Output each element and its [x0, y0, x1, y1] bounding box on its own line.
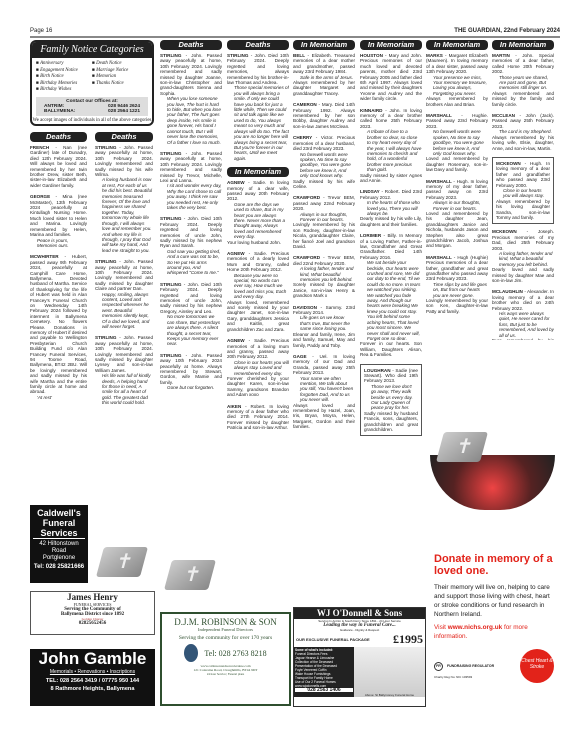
- notice-text: - John. Passed away peacefully at home, …: [160, 151, 222, 183]
- notice-signoff: Your loving husband John.: [227, 240, 289, 245]
- notice-signoff: Sadly missed by husband Francis, sons, d…: [364, 411, 418, 433]
- notice-verse: Close in our hearts you will always stay…: [227, 360, 289, 376]
- funeral-home-photo: Above: St Ballymoney Funeral Home: [354, 647, 425, 697]
- john-gamble-ad: John Gamble Memorials • Renovations • In…: [30, 649, 155, 706]
- notice-text: - Mary and John. Precious memories of ou…: [360, 53, 422, 101]
- notice-verse: Because you were so special, No words ca…: [227, 273, 289, 300]
- notice-signoff: Ever remembered by his brother Stewart. …: [492, 338, 554, 340]
- ballymena-label: BALLYMENA:: [44, 109, 75, 114]
- notice: AGNEW - Sadie. In loving memory of a dea…: [227, 180, 289, 245]
- notice: STIRLING - John. Passed away 10th Februa…: [160, 353, 222, 391]
- notice: MARSHALL - Hugh (Hughie) Precious memori…: [426, 255, 488, 314]
- notice-verse: Time slips by and life goes on, But from…: [426, 282, 488, 298]
- notice: GEORGE - Mina (nee McMaster), 13th Febru…: [30, 194, 87, 248]
- ad-title: Caldwell's: [30, 508, 88, 518]
- ad-title: John Gamble: [30, 649, 155, 669]
- notice: AGNEW - Sadie. Precious memories of a de…: [227, 251, 289, 332]
- ad-price: £1995: [393, 632, 423, 647]
- notice-name: AGNEW: [227, 180, 245, 185]
- notice: MCKEOWN - Joseph. Precious memories of m…: [492, 229, 554, 283]
- notice: GAGE - Uel. In loving memory of our Dad …: [293, 354, 355, 430]
- notice-verse: Gone but not forgotten.: [160, 385, 222, 390]
- notice: CRAWFORD - Trevor BEM, passed away 22nd …: [293, 195, 355, 249]
- notice-name: HOUSTON: [360, 53, 383, 58]
- paper-dateline: THE GUARDIAN, 22nd February 2024: [454, 28, 560, 34]
- notice-signoff: Sorely missed by daughter Janice, son-in…: [293, 282, 355, 298]
- notice-signoff: Always remembered and missed by the fami…: [492, 91, 554, 107]
- notice-text: - John. Passed away peacefully at home, …: [95, 259, 153, 291]
- notice: MCLAUGHLIN - Alexander. In loving memory…: [492, 289, 554, 340]
- notice: LORIMER - Billy. In Memory of a Loving F…: [360, 233, 422, 357]
- notice-name: GAGE: [293, 354, 307, 359]
- notice-name: MCCLEAN: [492, 113, 515, 118]
- notice-name: MCWHIRTER: [30, 254, 59, 259]
- ad-address: Portglenone: [30, 555, 88, 562]
- notice-verse: Your name we often mention, We talk abou…: [293, 376, 355, 403]
- notice-signoff: Eleanor and family, Irene, Jim and famil…: [293, 332, 355, 348]
- notice-name: STIRLING: [95, 259, 116, 264]
- category-item: Thanks Notice: [92, 81, 148, 88]
- notice-signoff: Forever cherished by your daughter Karen…: [227, 376, 289, 398]
- ad-text: Serving the community for over 170 years: [162, 635, 289, 641]
- notice-name: MARSHALL: [426, 179, 452, 184]
- notice: STIRLING - John. Died 10th February 2024…: [160, 216, 222, 275]
- notice-signoff: Loved and remembered by daughter Rosemar…: [426, 156, 488, 172]
- notice-signoff: Dearly missed by his wife Lily, daughter…: [360, 216, 422, 227]
- notice-verse: We sat beside your bedside, Our hearts w…: [360, 260, 422, 341]
- notice-verse: God saw you getting tired, And a cure wa…: [160, 249, 222, 276]
- notice-name: MCKEOWN: [492, 229, 517, 234]
- notice: LOUGHRAN - Sadie (nee Stewart). Who died…: [360, 364, 422, 437]
- notice-name: STIRLING: [227, 53, 248, 58]
- ad-services: Memorials • Renovations • Inscriptions: [30, 669, 155, 675]
- notice-name: MARKS: [426, 53, 443, 58]
- notice: DAVIDSON - Sammy. 23rd February 2014.Lif…: [293, 305, 355, 348]
- notice-text: - John. Died 10th February 2024. Deeply …: [160, 282, 222, 314]
- notice-text: - John. Died 10th February 2024. Deeply …: [227, 53, 289, 85]
- notice-verse: A loving husband is now at rest, For eac…: [95, 177, 153, 253]
- notice: MARTIN - John. Special memories of a dea…: [492, 53, 554, 107]
- notice-signoff: Forever in our hearts. Son William, Daug…: [360, 341, 422, 357]
- ad-package: OUR EXCLUSIVE FUNERAL PACKAGE: [296, 637, 370, 642]
- notice-verse: Your presence we miss, Your memory we tr…: [426, 75, 488, 97]
- notice-verse: Those special memories of you will alway…: [227, 85, 289, 161]
- notice: MCCLEAN - John (Jack). Passed away 25th …: [492, 113, 554, 151]
- notice: STIRLING - John. Passed away peacefully …: [95, 259, 153, 329]
- ad-subtitle: Independent Funeral Directors: [162, 627, 289, 632]
- bible-icon: [436, 432, 488, 462]
- notice-name: KINNAIRD: [360, 108, 382, 113]
- notice-name: STIRLING: [160, 151, 181, 156]
- notice-name: MARSHALL: [426, 113, 452, 118]
- ad-headline: Donate in memory of a loved one.: [434, 553, 554, 577]
- notice-signoff: Always loved, remembered and sorely miss…: [227, 300, 289, 332]
- memoriam-heading: In Memoriam: [227, 167, 289, 177]
- nichs-ad: Donate in memory of a loved one. Their m…: [434, 553, 554, 679]
- notice-verse: I sit and wonder every day, Why the Lord…: [160, 183, 222, 210]
- accept-images-note: We accept images of individuals in all o…: [32, 116, 152, 123]
- notice-verse: His life was full of kindly deeds, A hel…: [95, 373, 153, 405]
- notice-signoff: Always loved and remembered by Hazel, Jo…: [293, 403, 355, 430]
- notice-signoff: Sadly missed by his wife Celine.: [293, 179, 355, 190]
- ad-text: Visit: [434, 624, 448, 631]
- notice-verse: Life goes on we know that's true, But ne…: [293, 315, 355, 331]
- notice-verse: Happy, smiling, always content, Loved an…: [95, 292, 153, 330]
- notice-name: FRENCH: [30, 145, 49, 150]
- notice-text: - John. Passed away peacefully at home, …: [95, 335, 153, 372]
- ad-link[interactable]: www.nichs.org.uk: [448, 624, 502, 631]
- contact-box: Contact our Offices at: ANTRIM:028 9446 …: [36, 97, 148, 116]
- notice: MARSHALL - Hugh. In loving memory of my …: [426, 179, 488, 249]
- notice: CRAWFORD - Trevor BEM, died 22nd Februar…: [293, 255, 355, 298]
- notice: STIRLING - John. Died 10th February 2024…: [227, 53, 289, 161]
- notice-text: - John. Passed away 10th February 2024 p…: [160, 353, 222, 385]
- memoriam-heading: In Memoriam: [293, 40, 355, 50]
- notice-text: - John. Died 10th February 2024. Deeply …: [160, 216, 222, 248]
- notice: STIRLING - John. Passed away peacefully …: [160, 151, 222, 210]
- notice-verse: Those years we shared, Are past and gone…: [492, 75, 554, 91]
- notice-verse: No farewell words were spoken, No time t…: [426, 129, 488, 156]
- column-3: Deaths STIRLING - John. Passed away peac…: [160, 40, 222, 530]
- notice: KINNAIRD - John. In loving memory of a d…: [360, 108, 422, 184]
- candle-hands-photo: [430, 455, 555, 510]
- categories-list: AnniversaryDeath NoticeEngagement Notice…: [32, 58, 152, 97]
- notice-name: LINDSAY: [360, 189, 380, 194]
- ad-address: 42 Hiltonstown: [30, 541, 88, 548]
- ad-phone: Tel: 028 2763 8218: [204, 649, 266, 658]
- notice: STIRLING - John. Passed away peacefully …: [160, 53, 222, 145]
- notice-verse: No more tomorrows we can share, But yest…: [160, 314, 222, 346]
- package-list: Funeral Directors FeesJaguar Hearse & Li…: [295, 652, 353, 684]
- notice-name: CRAWFORD: [293, 255, 320, 260]
- notice-text: - Hubert, passed away 9th February 2024,…: [30, 254, 87, 394]
- bible-icon: [164, 560, 216, 590]
- caldwell-funeral-ad: Caldwell's Funeral Services 42 Hiltonsto…: [30, 505, 88, 583]
- ad-title: Funeral: [30, 518, 88, 528]
- ad-text: 24 hour Service | Funeral plans: [162, 672, 289, 676]
- ad-address: 8 Rathmore Heights, Ballymena: [30, 686, 155, 692]
- column-5: In Memoriam BELL - Elizabeth. Treasured …: [293, 40, 355, 545]
- column-8: In Memoriam MARTIN - John. Special memor…: [492, 40, 554, 340]
- page-number: Page 16: [30, 28, 52, 34]
- notice-signoff: Dearly loved and sadly missed by daughte…: [492, 267, 554, 283]
- notice: HOUSTON - Mary and John. Precious memori…: [360, 53, 422, 102]
- ad-phone: 02825652456: [31, 621, 154, 626]
- notice-text: - Nan (nee Gardiner) late of Dunadry, di…: [30, 145, 87, 188]
- notice-name: AGNEW: [227, 338, 245, 343]
- ad-phone: Tel: 028 25821666: [30, 564, 88, 570]
- ad-title: Services: [33, 528, 85, 539]
- chest-heart-stroke-logo: Chest Heart & Stroke: [520, 649, 554, 683]
- ad-title: D.J.M. ROBINSON & SON: [162, 617, 289, 627]
- notice-verse: The Lord is my Shepherd.: [492, 129, 554, 134]
- ad-phone: 028 2563 1406: [295, 688, 353, 692]
- notice-signoff: Loved and remembered by his daughter Jea…: [426, 211, 488, 249]
- notice-name: LOUGHRAN: [364, 368, 391, 373]
- notice-name: LORIMER: [360, 233, 381, 238]
- robinson-funeral-ad: D.J.M. ROBINSON & SON Independent Funera…: [160, 612, 291, 706]
- notice-verse: No farewell words were spoken, No time t…: [293, 152, 355, 179]
- ballymena-phone: 028 2564 1221: [108, 109, 140, 114]
- photo-caption: Above: St Ballymoney Funeral Home: [354, 693, 425, 697]
- notice-signoff: Lovingly remembered by your son Ken, dau…: [426, 298, 488, 314]
- notice-name: STIRLING: [160, 353, 181, 358]
- notice-name: CAMERON: [293, 102, 317, 107]
- deaths-heading: Deaths: [95, 132, 153, 142]
- notice-signoff: Always remembered by brothers Alan and B…: [426, 96, 488, 107]
- notice: BELL - Elizabeth. Treasured memories of …: [293, 53, 355, 96]
- family-notice-categories: Family Notice Categories AnniversaryDeat…: [30, 40, 154, 126]
- ad-phone: TEL: 028 2564 3419 / 07775 950 144: [30, 678, 155, 684]
- notice-text: - John. Passed away peacefully at home, …: [160, 53, 222, 96]
- regulator-label: FUNDRAISING REGULATOR: [447, 664, 494, 668]
- notice: STIRLING - John. Died 10th February 2024…: [160, 282, 222, 347]
- deaths-heading: Deaths: [227, 40, 289, 50]
- james-henry-ad: James Henry FUNERAL SERVICES Serving the…: [30, 591, 155, 635]
- notice-verse: Those we love don't go away, They walk b…: [364, 384, 418, 411]
- notice: STIRLING - John. Passed away peacefully …: [95, 145, 153, 253]
- column-1: Deaths FRENCH - Nan (nee Gardiner) late …: [30, 132, 87, 406]
- notice-name: STIRLING: [160, 53, 181, 58]
- notice-verse: Always in our thoughts, Forever in our h…: [293, 212, 355, 223]
- deaths-heading: Deaths: [30, 132, 87, 142]
- notice-name: MCLAUGHLIN: [492, 289, 523, 294]
- notice-name: STIRLING: [95, 145, 116, 150]
- notice-verse: Always in our thoughts, Forever in our h…: [426, 200, 488, 211]
- notice-verse: Gone are the days we used to share, But …: [227, 202, 289, 240]
- notice-text: - Mina (nee McMaster), 13th February 202…: [30, 194, 87, 237]
- notice-name: CHERRY: [293, 135, 312, 140]
- notice: CHERRY - Victor. Precious memories of a …: [293, 135, 355, 189]
- notice-name: AGNEW: [227, 251, 245, 256]
- notice-name: CRAWFORD: [293, 195, 320, 200]
- notice-verse: A tribute of love to a brother so dear, …: [360, 129, 422, 172]
- notice-signoff: Always remembered by his loving wife, El…: [492, 135, 554, 151]
- notice-signoff: Always remembered by her daughter Margar…: [293, 80, 355, 96]
- memoriam-heading: In Memoriam: [360, 40, 422, 50]
- ad-body: Their memory will live on, helping to ca…: [434, 583, 554, 619]
- ad-address: Road: [30, 548, 88, 555]
- notice-signoff: Lovingly remembered by his son Rodney, d…: [293, 222, 355, 249]
- notice-name: STIRLING: [95, 335, 116, 340]
- notice-name: BELL: [293, 53, 305, 58]
- memoriam-heading: In Memoriam: [426, 40, 488, 50]
- notice-verse: 'At rest': [30, 395, 87, 400]
- ad-title: James Henry: [31, 592, 154, 602]
- odonnell-funeral-ad: WJ O'Donnell & Sons Serving In Antrim & …: [293, 607, 426, 707]
- notice: FRENCH - Nan (nee Gardiner) late of Duna…: [30, 145, 87, 188]
- notice-name: MARTIN: [492, 53, 510, 58]
- fundraising-regulator-icon: FR: [434, 662, 443, 671]
- notice: MARKS - Margaret Elizabeth (Maureen). In…: [426, 53, 488, 107]
- notice-verse: Peace is yours, Memories ours.: [30, 238, 87, 249]
- notice-verse: Close in our hearts you will always stay…: [496, 188, 550, 199]
- header-rule: [30, 36, 560, 38]
- notice-name: STIRLING: [160, 282, 181, 287]
- category-item: Birthday Wishes: [36, 87, 92, 94]
- notice: MCKEOWN - Hugh. In loving memory of a de…: [492, 157, 554, 224]
- deaths-heading: Deaths: [160, 40, 222, 50]
- notice-verse: A loving father, tender and kind, What a…: [492, 251, 554, 267]
- notice-name: AIKEN: [227, 404, 241, 409]
- categories-title: Family Notice Categories: [32, 42, 152, 58]
- notice-name: GEORGE: [30, 194, 50, 199]
- notice-name: MCKEOWN: [496, 161, 521, 166]
- notice: LINDSAY - Robert. Died 23rd February 201…: [360, 189, 422, 227]
- notice-name: MARSHALL: [426, 255, 452, 260]
- notice-signoff: Sadly missed by sister Agnes and Annie.: [360, 173, 422, 184]
- notice-verse: When you lose someone you love, The hurt…: [160, 96, 222, 145]
- column-7: In Memoriam MARKS - Margaret Elizabeth (…: [426, 40, 488, 340]
- notice-signoff: Always remembered by his loving daughter…: [496, 199, 550, 221]
- notice-verse: In the hearts of those who loved you, Th…: [360, 200, 422, 216]
- notice: AGNEW - Sadie. Precious memories of a lo…: [227, 338, 289, 397]
- notice-name: DAVIDSON: [293, 305, 317, 310]
- notice: STIRLING - John. Passed away peacefully …: [95, 335, 153, 405]
- notice-text: - John. Passed away peacefully at home, …: [95, 145, 153, 177]
- notice: CAMERON - Mary. Died 14th February 1992.…: [293, 102, 355, 129]
- notice: MCWHIRTER - Hubert, passed away 9th Febr…: [30, 254, 87, 400]
- memoriam-heading: In Memoriam: [492, 40, 554, 50]
- notice: MARSHALL - Hughie. Passed away 23rd Febr…: [426, 113, 488, 172]
- notice-verse: His ways were always quiet, He never car…: [492, 311, 554, 338]
- column-6: In Memoriam HOUSTON - Mary and John. Pre…: [360, 40, 422, 545]
- ad-title: WJ O'Donnell & Sons: [294, 608, 425, 619]
- crest-icon: [184, 644, 198, 662]
- notice-verse: A loving father, tender and kind, What b…: [293, 266, 355, 282]
- column-4: Deaths STIRLING - John. Died 10th Februa…: [227, 40, 289, 530]
- notice-name: STIRLING: [160, 216, 181, 221]
- bible-icon: [96, 547, 148, 577]
- notice: AIKEN - Robert. In loving memory of a de…: [227, 404, 289, 431]
- column-2: Deaths STIRLING - John. Passed away peac…: [95, 132, 153, 412]
